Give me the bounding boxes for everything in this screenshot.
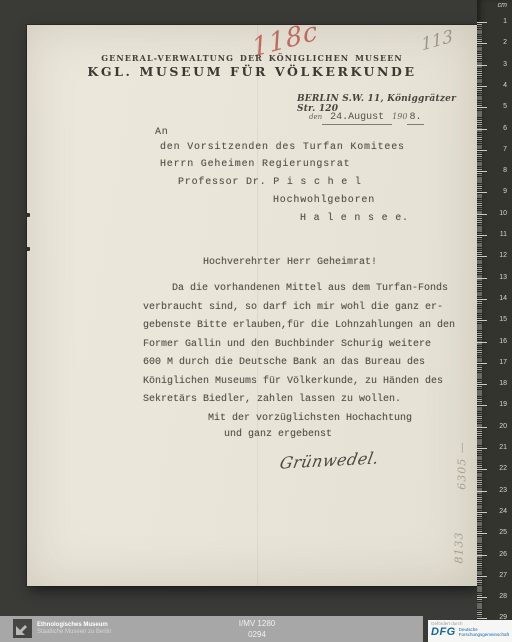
ruler-major-tick: [477, 86, 487, 87]
ruler: cm 1234567891011121314151617181920212223…: [477, 0, 512, 642]
ruler-major-tick: [477, 533, 487, 534]
margin-mark-lower: 8133: [453, 523, 466, 573]
closing-line: Mit der vorzüglichsten Hochachtung: [208, 413, 412, 424]
dfg-letters: DFG: [431, 626, 456, 638]
recipient-line: Hochwohlgeboren: [273, 195, 375, 206]
ruler-mark-label: 7: [503, 146, 507, 154]
ruler-major-tick: [477, 65, 487, 66]
body-line: Königlichen Museums für Völkerkunde, zu …: [143, 376, 443, 387]
ruler-mark-label: 13: [499, 274, 507, 282]
closing-line: und ganz ergebenst: [224, 429, 332, 440]
ruler-mark-label: 25: [499, 529, 507, 537]
ruler-mark-label: 10: [499, 210, 507, 218]
ruler-mark-label: 27: [499, 572, 507, 580]
recipient-line: H a l e n s e e.: [300, 213, 409, 224]
ruler-major-tick: [477, 299, 487, 300]
date-year: 190: [392, 112, 407, 121]
recipient-line: den Vorsitzenden des Turfan Komitees: [160, 142, 405, 153]
ruler-major-tick: [477, 320, 487, 321]
paper-edge-mark: [26, 247, 30, 251]
date-line: den24.August1908.: [309, 106, 424, 124]
ruler-mark-label: 11: [500, 231, 507, 239]
body-line: Da die vorhandenen Mittel aus dem Turfan…: [172, 283, 448, 294]
ruler-mark-label: 28: [499, 593, 507, 601]
museum-logo-arrow-icon: [13, 619, 32, 638]
museum-brand: Ethnologisches Museum Staatliche Museen …: [13, 619, 111, 638]
ruler-mark-label: 18: [499, 380, 507, 388]
ruler-unit-label: cm: [498, 2, 507, 9]
ruler-major-tick: [477, 555, 487, 556]
ruler-mark-label: 8: [503, 167, 507, 175]
margin-mark-upper: 6305 —: [456, 436, 469, 496]
ruler-mark-label: 16: [499, 338, 507, 346]
ruler-mark-label: 15: [499, 316, 507, 324]
museum-name: Ethnologisches Museum: [37, 622, 111, 629]
letterhead-line1: GENERAL-VERWALTUNG DER KÖNIGLICHEN MUSEE…: [27, 53, 477, 63]
paper-edge-mark: [26, 213, 30, 217]
body-line: Former Gallin und den Buchbinder Schurig…: [143, 339, 431, 350]
body-line: gebenste Bitte erlauben,für die Lohnzahl…: [143, 320, 455, 331]
ruler-mark-label: 24: [499, 508, 507, 516]
recipient-line: Professor Dr. P i s c h e l: [178, 177, 362, 188]
ruler-major-tick: [477, 576, 487, 577]
ruler-major-tick: [477, 107, 487, 108]
document-id-signature: I/MV 1280: [177, 618, 337, 629]
document-scan-viewer: 118c 113 6305 — 8133 GENERAL-VERWALTUNG …: [0, 0, 512, 642]
ruler-major-tick: [477, 150, 487, 151]
ruler-major-tick: [477, 597, 487, 598]
museum-org: Staatliche Museen zu Berlin: [37, 629, 111, 636]
ruler-major-tick: [477, 342, 487, 343]
ruler-mark-label: 22: [499, 465, 507, 473]
ruler-major-tick: [477, 278, 487, 279]
ruler-mark-label: 2: [503, 39, 507, 47]
dfg-org-name: Deutsche Forschungsgemeinschaft: [459, 627, 509, 637]
ruler-mark-label: 20: [499, 423, 507, 431]
salutation: Hochverehrter Herr Geheimrat!: [203, 257, 377, 268]
ruler-mark-label: 14: [499, 295, 507, 303]
body-line: Sekretärs Biedler, zahlen lassen zu woll…: [143, 394, 401, 405]
date-year-suffix: 8.: [407, 112, 424, 125]
ruler-major-tick: [477, 214, 487, 215]
ruler-mark-label: 3: [503, 61, 507, 69]
ruler-major-tick: [477, 171, 487, 172]
ruler-mark-label: 21: [499, 444, 507, 452]
body-line: verbraucht sind, so darf ich mir wohl di…: [143, 302, 443, 313]
ruler-major-tick: [477, 256, 487, 257]
date-prefix: den: [309, 113, 322, 121]
signature: Grünwedel.: [278, 448, 381, 472]
ruler-major-tick: [477, 384, 487, 385]
letterhead-line2: KGL. MUSEUM FÜR VÖLKERKUNDE: [27, 64, 477, 79]
ruler-major-tick: [477, 448, 487, 449]
ruler-major-tick: [477, 192, 487, 193]
ruler-major-tick: [477, 43, 487, 44]
ruler-major-tick: [477, 469, 487, 470]
dfg-logo: Gefördert durch DFG Deutsche Forschungsg…: [428, 620, 512, 642]
ruler-mark-label: 19: [499, 401, 507, 409]
dfg-row: DFG Deutsche Forschungsgemeinschaft: [431, 626, 509, 638]
ruler-mark-label: 5: [503, 103, 507, 111]
body-line: 600 M durch die Deutsche Bank an das Bur…: [143, 357, 425, 368]
museum-text: Ethnologisches Museum Staatliche Museen …: [37, 622, 111, 636]
date-value: 24.August: [322, 112, 392, 125]
ruler-major-tick: [477, 235, 487, 236]
ruler-mark-label: 12: [499, 252, 507, 260]
ruler-major-tick: [477, 363, 487, 364]
ruler-mark-label: 17: [499, 359, 507, 367]
footer-bar: Ethnologisches Museum Staatliche Museen …: [0, 616, 423, 642]
ruler-mark-label: 4: [503, 82, 507, 90]
ruler-mark-label: 9: [503, 188, 507, 196]
ruler-mark-label: 6: [503, 125, 507, 133]
document-id: I/MV 1280 0294: [177, 618, 337, 640]
ruler-mark-label: 1: [503, 18, 507, 26]
ruler-major-tick: [477, 491, 487, 492]
document-page-number: 0294: [177, 629, 337, 640]
ruler-major-tick: [477, 129, 487, 130]
ruler-mark-label: 23: [499, 487, 507, 495]
ruler-mark-label: 26: [499, 551, 507, 559]
letter-page: 118c 113 6305 — 8133 GENERAL-VERWALTUNG …: [27, 25, 477, 586]
recipient-line: Herrn Geheimen Regierungsrat: [160, 159, 350, 170]
ruler-major-tick: [477, 405, 487, 406]
pencil-folio-number: 113: [421, 26, 454, 55]
recipient-line: An: [155, 127, 169, 138]
ruler-major-tick: [477, 427, 487, 428]
ruler-major-tick: [477, 22, 487, 23]
ruler-major-tick: [477, 512, 487, 513]
